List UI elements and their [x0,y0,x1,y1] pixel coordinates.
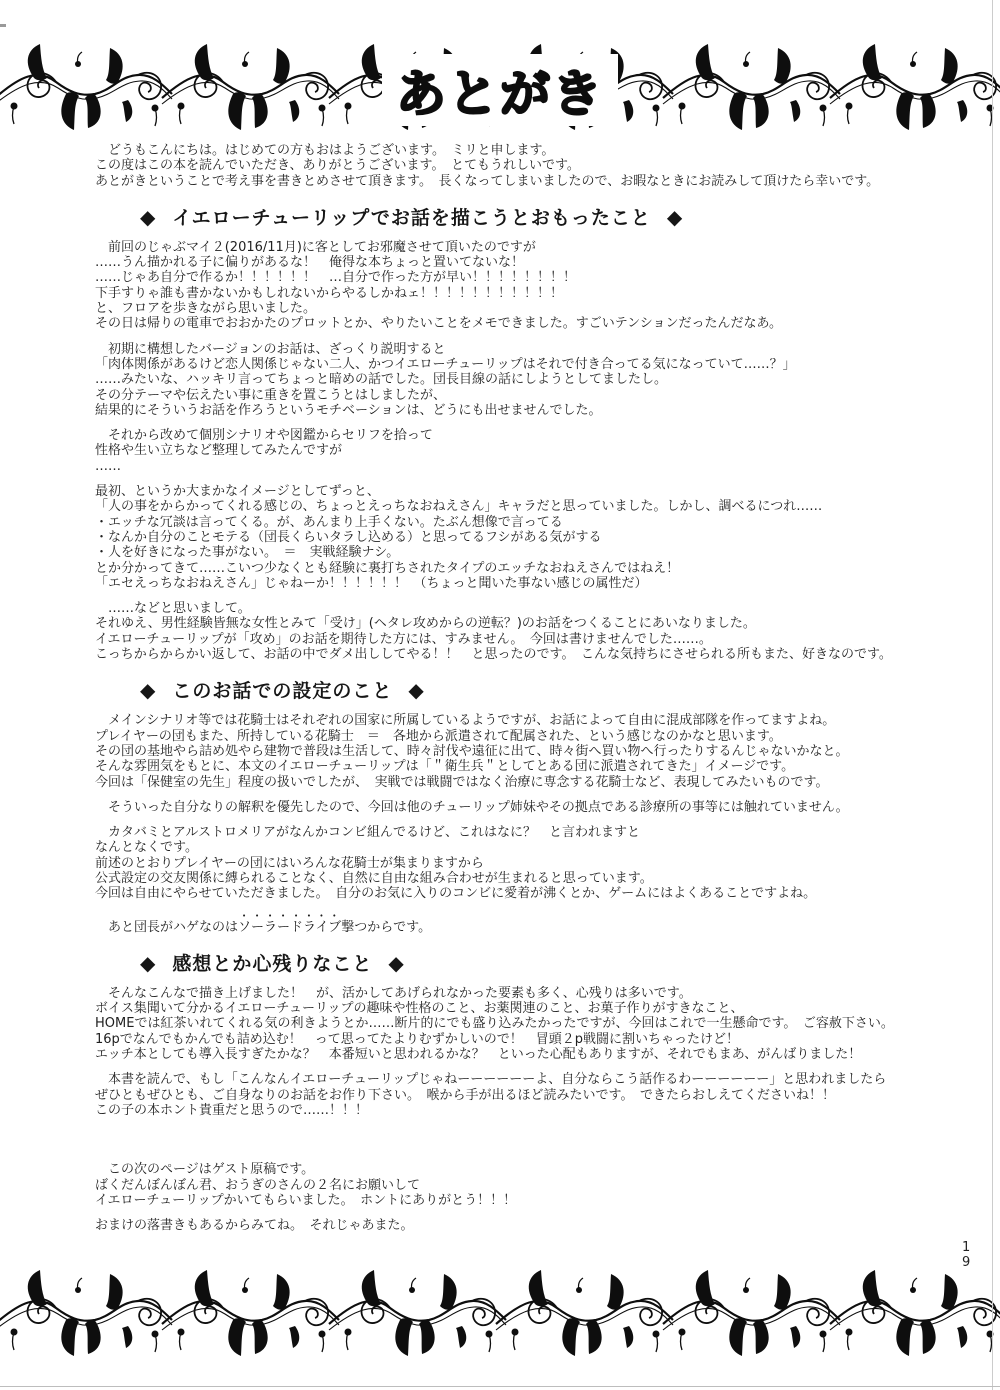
text-line: ……うん描かれる子に偏りがあるな！ 俺得な本ちょっと置いてないな！ [95,255,990,270]
paragraph-emphasis: あと団長がハゲなのはソーラードライブ撃つからです。 [95,912,990,935]
text-line: こっちからからかい返して、お話の中でダメ出ししてやる！！ と思ったのです。 こん… [95,647,990,662]
text-line: 「人の事をからかってくれる感じの、ちょっとえっちなおねえさん」キャラだと思ってい… [95,499,990,514]
text-line: 性格や生い立ちなど整理してみたんですが [95,443,990,458]
text-line: イエローチューリップが「攻め」のお話を期待した方には、すみません。 今回は書けま… [95,632,990,647]
text-line: と、フロアを歩きながら思いました。 [95,301,990,316]
diamond-icon: ◆ [140,951,156,975]
text-line: エッチ本としても導入長すぎたかな？ 本番短いと思われるかな？ といった心配もあり… [95,1047,990,1062]
text-line: 結果的にそういうお話を作ろうというモチベーションは、どうにも出せませんでした。 [95,403,990,418]
text-line: ……じゃあ自分で作るか！！！！！！ …自分で作った方が早い！！！！！！！！ [95,270,990,285]
diamond-icon: ◆ [388,951,404,975]
text-line: プレイヤーの団もまた、所持している花騎士 ＝ 各地から派遣されて配属された、とい… [95,729,990,744]
text-line: 最初、というか大まかなイメージとしてずっと、 [95,484,990,499]
text-line: どうもこんにちは。はじめての方もおはようございます。 ミリと申します。 [95,143,990,158]
text-line: なんとなくです。 [95,840,990,855]
text-line: ……などと思いまして。 [95,601,990,616]
text-line: 下手すりゃ誰も書かないかもしれないからやるしかねェ！！！！！！！！！！！ [95,286,990,301]
text-line: その分テーマや伝えたい事に重きを置こうとはしましたが、 [95,388,990,403]
text-line: おまけの落書きもあるからみてね。 それじゃあまた。 [95,1218,990,1233]
text-line: 「肉体関係があるけど恋人関係じゃない二人、かつイエローチューリップはそれで付き合… [95,357,990,372]
text-line: 初期に構想したバージョンのお話は、ざっくり説明すると [95,342,990,357]
text-line: 公式設定の交友関係に縛られることなく、自然に自由な組み合わせが生まれると思ってい… [95,871,990,886]
section-heading-2: ◆このお話での設定のこと◆ [140,678,990,703]
closing-note: おまけの落書きもあるからみてね。 それじゃあまた。 [95,1218,990,1233]
text-line: ・なんか自分のことモテる（団長くらいタラし込める）と思ってるフシがある気がする [95,530,990,545]
text-line: ばくだんぼんぼん君、おうぎのさんの２名にお願いして [95,1178,990,1193]
text-line: 前回のじゃぶマイ２(2016/11月)に客としてお邪魔させて頂いたのですが [95,240,990,255]
text-line: 今回は自由にやらせていただきました。 自分のお気に入りのコンビに愛着が沸くとか、… [95,886,990,901]
paragraph: 前回のじゃぶマイ２(2016/11月)に客としてお邪魔させて頂いたのですが……う… [95,240,990,332]
vine-ornament-icon [0,1268,1000,1360]
paragraph: そういった自分なりの解釈を優先したので、今回は他のチューリップ姉妹やその拠点であ… [95,800,990,815]
section-heading-3: ◆感想とか心残りなこと◆ [140,951,990,976]
text-line: あとがきということで考え事を書きとめさせて頂きます。 長くなってしまいましたので… [95,174,990,189]
text-line: 16pでなんでもかんでも詰め込む！ って思ってたよりむずかしいので！ 冒頭２p戦… [95,1032,990,1047]
afterword-page: あとがき どうもこんにちは。はじめての方もおはようございます。 ミリと申します。… [0,0,1000,1390]
text-line: そんなこんなで描き上げました！ が、活かしてあげられなかった要素も多く、心残りは… [95,986,990,1001]
text-line: その団の基地やら詰め処やら建物で普段は生活して、時々討伐や遠征に出て、時々街へ買… [95,744,990,759]
intro-paragraph: どうもこんにちは。はじめての方もおはようございます。 ミリと申します。この度はこ… [95,143,990,189]
text-line: イエローチューリップかいてもらいました。 ホントにありがとう！！！ [95,1193,990,1208]
text-line: カタバミとアルストロメリアがなんかコンビ組んでるけど、これはなに？ と言われます… [95,825,990,840]
paragraph: ……などと思いまして。それゆえ、男性経験皆無な女性とみて「受け」(ヘタレ攻めから… [95,601,990,662]
text-line: その日は帰りの電車でおおかたのプロットとか、やりたいことをメモできました。すごい… [95,316,990,331]
text-line: そんな雰囲気をもとに、本文のイエローチューリップは「＂衛生兵＂としてとある団に派… [95,759,990,774]
diamond-icon: ◆ [140,678,156,702]
paragraph: 初期に構想したバージョンのお話は、ざっくり説明すると「肉体関係があるけど恋人関係… [95,342,990,418]
diamond-icon: ◆ [140,205,156,229]
text-line: この度はこの本を読んでいただき、ありがとうございます。 とてもうれしいです。 [95,158,990,173]
section-heading-text: このお話での設定のこと [172,680,392,702]
emphasis-post: 撃つからです。 [341,920,431,935]
page-title: あとがき [382,54,618,126]
section-heading-text: イエローチューリップでお話を描こうとおもったこと [172,207,650,229]
floral-vine-border-bottom [0,1268,1000,1360]
paragraph: カタバミとアルストロメリアがなんかコンビ組んでるけど、これはなに？ と言われます… [95,825,990,901]
scan-mark [0,24,6,27]
text-line: この次のページはゲスト原稿です。 [95,1162,990,1177]
text-line: この子の本ホント貴重だと思うので……！！！ [95,1103,990,1118]
text-line: ・人を好きになった事がない。 ＝ 実戦経験ナシ。 [95,545,990,560]
text-line: ……みたいな、ハッキリ言ってちょっと暗めの話でした。団長目線の話にしようとしてま… [95,372,990,387]
afterword-text: どうもこんにちは。はじめての方もおはようございます。 ミリと申します。この度はこ… [95,143,990,1243]
text-line: それから改めて個別シナリオや図鑑からセリフを拾って [95,428,990,443]
text-line: ぜひともぜひとも、ご自身なりのお話をお作り下さい。 喉から手が出るほど読みたいで… [95,1088,990,1103]
text-line: 「エセえっちなおねえさん」じゃねーか！！！！！！ （ちょっと聞いた事ない感じの属… [95,576,990,591]
page-number: 19 [962,1240,973,1270]
text-line: ボイス集聞いて分かるイエローチューリップの趣味や性格のこと、お薬関連のこと、お菓… [95,1001,990,1016]
scan-edge-line [992,0,993,1390]
text-line: ・エッチな冗談は言ってくる。が、あんまり上手くない。たぶん想像で言ってる [95,515,990,530]
guest-page-note: この次のページはゲスト原稿です。ばくだんぼんぼん君、おうぎのさんの２名にお願いし… [95,1162,990,1208]
diamond-icon: ◆ [408,678,424,702]
section-heading-text: 感想とか心残りなこと [172,953,372,975]
text-line: とか分かってきて……こいつ少なくとも経験に裏打ちされたタイプのエッチなおねえさん… [95,561,990,576]
text-line: メインシナリオ等では花騎士はそれぞれの国家に所属しているようですが、お話によって… [95,713,990,728]
paragraph: それから改めて個別シナリオや図鑑からセリフを拾って性格や生い立ちなど整理してみた… [95,428,990,474]
section-heading-1: ◆イエローチューリップでお話を描こうとおもったこと◆ [140,205,990,230]
text-line: HOMEでは紅茶いれてくれる気の利きようとか……断片的にでも盛り込みたかったです… [95,1016,990,1031]
scan-edge-line [0,1386,1000,1387]
paragraph: 最初、というか大まかなイメージとしてずっと、「人の事をからかってくれる感じの、ち… [95,484,990,591]
text-line: それゆえ、男性経験皆無な女性とみて「受け」(ヘタレ攻めからの逆転？)のお話をつく… [95,616,990,631]
text-line: 本書を読んで、もし「こんなんイエローチューリップじゃねーーーーーーよ、自分ならこ… [95,1072,990,1087]
text-line: そういった自分なりの解釈を優先したので、今回は他のチューリップ姉妹やその拠点であ… [95,800,990,815]
emphasis-pre: あと団長がハゲなのは [95,920,238,935]
text-line: …… [95,459,990,474]
text-line: 今回は「保健室の先生」程度の扱いでしたが、 実戦では戦闘ではなく治療に専念する花… [95,775,990,790]
paragraph: メインシナリオ等では花騎士はそれぞれの国家に所属しているようですが、お話によって… [95,713,990,789]
paragraph: 本書を読んで、もし「こんなんイエローチューリップじゃねーーーーーーよ、自分ならこ… [95,1072,990,1118]
paragraph: そんなこんなで描き上げました！ が、活かしてあげられなかった要素も多く、心残りは… [95,986,990,1062]
emphasis-word: ソーラードライブ [238,920,341,935]
text-line: 前述のとおりプレイヤーの団にはいろんな花騎士が集まりますから [95,856,990,871]
text-line: あと団長がハゲなのはソーラードライブ撃つからです。 [95,912,990,935]
diamond-icon: ◆ [667,205,683,229]
